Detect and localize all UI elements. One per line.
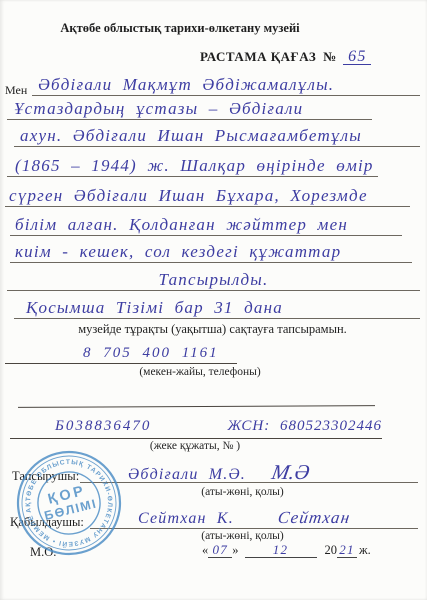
men-label: Мен (5, 83, 27, 98)
date-day: 07 (208, 543, 232, 558)
body-line-text: сүрген Әбдіғали Ишан Бұхара, Хорезмде (5, 186, 368, 205)
storage-statement: музейде тұрақты (уақытша) сақтауға тапсы… (40, 322, 385, 337)
body-line-text: (1865 – 1944) ж. Шалқар өңірінде өмір (7, 156, 374, 175)
id-caption: (жеке құжаты, № ) (95, 440, 295, 452)
submitter-line: Әбдіғали М.Ә. М.Ә (80, 460, 418, 483)
date-month: 12 (245, 543, 317, 558)
document-title: РАСТАМА ҚАҒАЗ (200, 49, 316, 65)
body-line-text: Әбдіғали Мақмұт Әбдіжамалұлы. (32, 75, 334, 94)
body-line-text: білім алған. Қолданған жәйттер мен (10, 215, 348, 234)
scanned-form-page: Ақтөбе облыстық тарихи-өлкетану музейі Р… (0, 0, 427, 600)
date-year-suffix: ж. (359, 543, 371, 558)
phone-line: 8 705 400 1161 (5, 341, 237, 364)
body-line: (1865 – 1944) ж. Шалқар өңірінде өмір (7, 154, 378, 177)
body-line: сүрген Әбдіғали Ишан Бұхара, Хорезмде (5, 184, 410, 207)
receiver-line: Сейтхан К. Сейтхан (90, 506, 418, 529)
body-line: Қосымша Тізімі бар 31 дана (14, 296, 420, 319)
body-line-text: киім - кешек, сол кездегі құжаттар (10, 242, 341, 261)
phone-value: 8 705 400 1161 (5, 345, 219, 361)
body-line-text: Қосымша Тізімі бар 31 дана (14, 298, 283, 317)
document-number-value: 65 (343, 49, 371, 65)
body-line-text: ахун. Әбдіғали Ишан Рысмағамбетұлы (14, 126, 362, 145)
museum-title: Ақтөбе облыстық тарихи-өлкетану музейі (20, 21, 340, 36)
body-line: ахун. Әбдіғали Ишан Рысмағамбетұлы (14, 124, 420, 147)
body-line: Тапсырылды. (7, 268, 420, 291)
address-caption: (мекен-жайы, телефоны) (95, 366, 305, 378)
fund-department-stamp-icon: АҚТӨБЕ ОБЛЫСТЫҚ ТАРИХИ-ӨЛКЕТАНУ МУЗЕЙІ •… (14, 448, 124, 558)
submitter-caption: (аты-жөні, қолы) (145, 486, 340, 498)
body-line-text: Ұстаздардың ұстазы – Әбдіғали (7, 99, 303, 118)
body-line: киім - кешек, сол кездегі құжаттар (10, 240, 412, 263)
receiver-signature: Сейтхан (236, 506, 352, 530)
body-line: Ұстаздардың ұстазы – Әбдіғали (7, 97, 372, 120)
body-line-text: Тапсырылды. (159, 270, 269, 289)
document-number-label: № (323, 49, 336, 65)
id-line: Б038836470 ЖСН: 680523302446 (10, 416, 382, 439)
document-title-row: РАСТАМА ҚАҒАЗ № 65 (200, 49, 371, 65)
id-value: Б038836470 (10, 414, 151, 438)
date-row: « 07 » 12 20 21 ж. (202, 543, 371, 558)
date-year: 21 (337, 543, 357, 558)
receiver-caption: (аты-жөні, қолы) (145, 530, 340, 542)
date-year-prefix: 20 (325, 543, 338, 558)
body-line: Әбдіғали Мақмұт Әбдіжамалұлы. (32, 73, 420, 96)
date-close-quote: » (232, 543, 238, 558)
submitter-signature: М.Ә (248, 460, 312, 484)
blank-rule (18, 405, 375, 408)
iin-value: ЖСН: 680523302446 (227, 414, 382, 438)
body-line: білім алған. Қолданған жәйттер мен (10, 213, 402, 236)
